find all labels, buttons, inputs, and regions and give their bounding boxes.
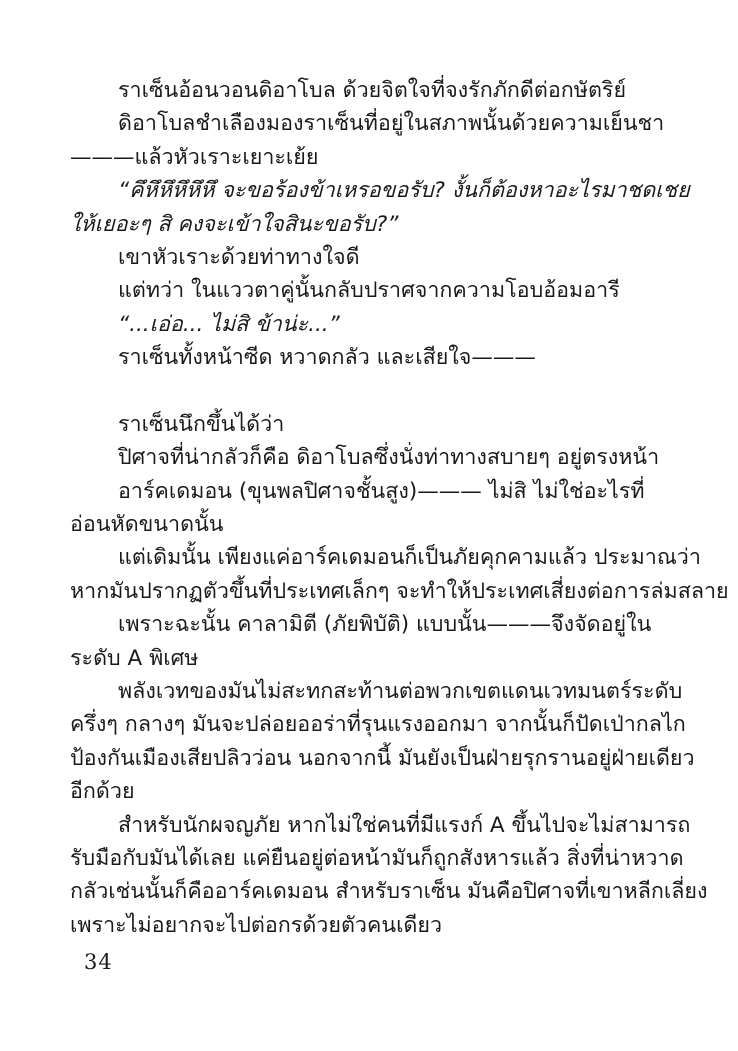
book-page: ราเซ็นอ้อนวอนดิอาโบล ด้วยจิตใจที่จงรักภั… [0, 0, 738, 1051]
dialogue-line: “...เอ่อ... ไม่สิ ข้าน่ะ...” [70, 308, 670, 341]
text-line-dash-lead: ———แล้วหัวเราะเยาะเย้ย [70, 141, 670, 174]
text-line: กลัวเช่นนั้นก็คืออาร์คเดมอน สำหรับราเซ็น… [70, 875, 670, 908]
text-line: เพราะฉะนั้น คาลามิตี (ภัยพิบัติ) แบบนั้น… [70, 608, 670, 641]
text-line: อาร์คเดมอน (ขุนพลปิศาจชั้นสูง)——— ไม่สิ … [70, 475, 670, 508]
text-line: ปิศาจที่น่ากลัวก็คือ ดิอาโบลซึ่งนั่งท่าท… [70, 441, 670, 474]
text-line: ราเซ็นอ้อนวอนดิอาโบล ด้วยจิตใจที่จงรักภั… [70, 74, 670, 107]
text-line: รับมือกับมันได้เลย แค่ยืนอยู่ต่อหน้ามันก… [70, 842, 670, 875]
page-number: 34 [84, 950, 113, 974]
text-line: อีกด้วย [70, 775, 670, 808]
text-line: สำหรับนักผจญภัย หากไม่ใช่คนที่มีแรงก์ A … [70, 809, 670, 842]
text-line: พลังเวทของมันไม่สะทกสะท้านต่อพวกเขตแดนเว… [70, 675, 670, 708]
text-line: เขาหัวเราะด้วยท่าทางใจดี [70, 241, 670, 274]
text-line: เพราะไม่อยากจะไปต่อกรด้วยตัวคนเดียว [70, 909, 670, 942]
text-line: ระดับ A พิเศษ [70, 642, 670, 675]
text-line: แต่เดิมนั้น เพียงแค่อาร์คเดมอนก็เป็นภัยค… [70, 541, 670, 574]
dialogue-line: ให้เยอะๆ สิ คงจะเข้าใจสินะขอรับ?” [70, 208, 670, 241]
text-line: ดิอาโบลชำเลืองมองราเซ็นที่อยู่ในสภาพนั้น… [70, 107, 670, 140]
text-line-dash-trail: ราเซ็นทั้งหน้าซีด หวาดกลัว และเสียใจ——— [70, 341, 670, 374]
text-line: อ่อนหัดขนาดนั้น [70, 508, 670, 541]
text-line: หากมันปรากฏตัวขึ้นที่ประเทศเล็กๆ จะทำให้… [70, 575, 670, 608]
text-line: แต่ทว่า ในแววตาคู่นั้นกลับปราศจากความโอบ… [70, 274, 670, 307]
text-line: ราเซ็นนึกขึ้นได้ว่า [70, 408, 670, 441]
dialogue-line: “คึหึหึหึหึหึ จะขอร้องข้าเหรอขอรับ? งั้น… [70, 174, 670, 207]
text-line: ครึ่งๆ กลางๆ มันจะปล่อยออร่าที่รุนแรงออก… [70, 708, 670, 741]
paragraph-break [70, 375, 670, 408]
text-line: ป้องกันเมืองเสียปลิวว่อน นอกจากนี้ มันยั… [70, 742, 670, 775]
body-text: ราเซ็นอ้อนวอนดิอาโบล ด้วยจิตใจที่จงรักภั… [70, 74, 670, 942]
